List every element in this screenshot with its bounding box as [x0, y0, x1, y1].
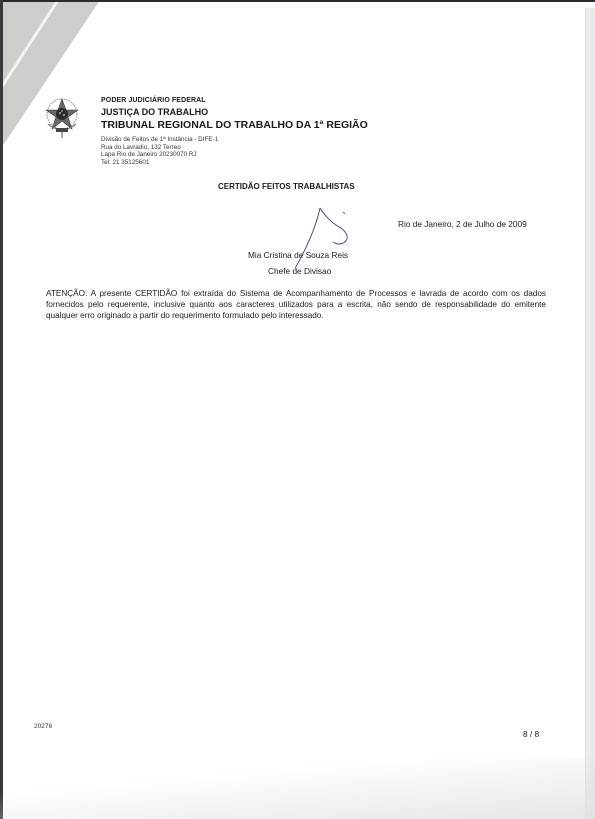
address-line: Lapa Rio de Janeiro 20230070 RJ	[101, 151, 218, 159]
address-line: Divisão de Feitos de 1ª Instância - DIFE…	[101, 136, 218, 144]
document-number: 20276	[34, 723, 52, 730]
address-line: Rua do Lavradio, 132 Terreo	[101, 144, 218, 152]
page-edge-right	[585, 8, 595, 819]
scan-edge-top	[0, 0, 595, 2]
header-line-1: PODER JUDICIÁRIO FEDERAL	[101, 97, 206, 104]
notice-paragraph: ATENÇÃO: A presente CERTIDÃO foi extraíd…	[46, 288, 546, 321]
signer-name: Mia Cristina de Souza Reis	[248, 250, 348, 260]
scan-shadow-bottom	[0, 759, 595, 819]
address-block: Divisão de Feitos de 1ª Instância - DIFE…	[101, 136, 218, 166]
signer-role: Chefe de Divisao	[268, 266, 331, 276]
document-title: CERTIDÃO FEITOS TRABALHISTAS	[218, 182, 355, 191]
page-number: 8 / 8	[523, 729, 539, 739]
brazil-coat-of-arms-icon	[42, 96, 82, 140]
address-line: Tel: 21 35125601	[101, 159, 218, 167]
document-date: Rio de Janeiro, 2 de Julho de 2009	[398, 219, 527, 229]
header-line-2: JUSTIÇA DO TRABALHO	[101, 107, 208, 117]
scan-edge-left	[0, 0, 3, 819]
header-line-3: TRIBUNAL REGIONAL DO TRABALHO DA 1ª REGI…	[101, 119, 368, 131]
